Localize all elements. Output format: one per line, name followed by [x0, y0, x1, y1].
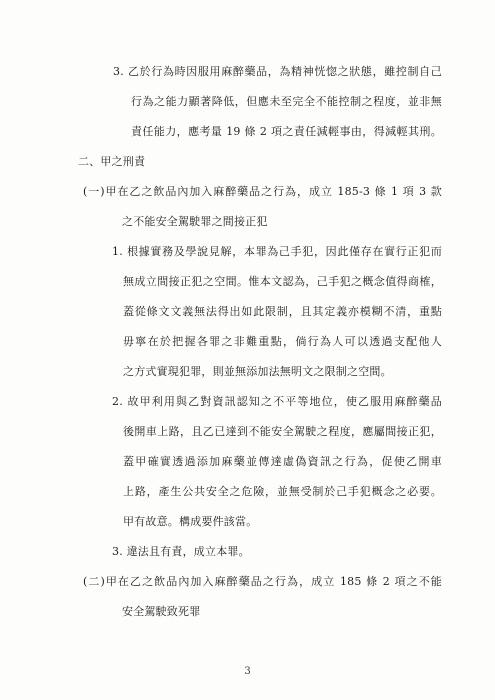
- text-line: 蓋從條文文義無法得出如此限制，且其定義亦模糊不清，重點: [123, 297, 442, 327]
- text-line: 1. 根據實務及學說見解，本罪為己手犯，因此僅存在實行正犯而: [112, 237, 442, 267]
- text-line: (二)甲在乙之飲品內加入麻醉藥品之行為，成立 185 條 2 項之不能: [83, 567, 442, 597]
- text-line: 3. 乙於行為時因服用麻醉藥品，為精神恍惚之狀態，雖控制自己: [113, 57, 442, 87]
- text-line: 責任能力，應考量 19 條 2 項之責任減輕事由，得減輕其刑。: [131, 117, 442, 147]
- text-line: 之方式實現犯罪，則並無添加法無明文之限制之空間。: [123, 357, 495, 387]
- text-line: 蓋甲確實透過添加麻藥並傳達虛偽資訊之行為，促使乙開車: [123, 447, 442, 477]
- text-line: 安全駕駛致死罪: [122, 597, 495, 627]
- text-line: 之不能安全駕駛罪之間接正犯: [122, 207, 495, 237]
- text-line: 毋寧在於把握各罪之非難重點，倘行為人可以透過支配他人: [123, 327, 442, 357]
- text-line: 二、甲之刑責: [78, 147, 495, 177]
- page-number: 3: [0, 665, 495, 679]
- text-line: 無成立間接正犯之空間。惟本文認為，己手犯之概念值得商榷，: [123, 267, 442, 297]
- text-line: (一)甲在乙之飲品內加入麻醉藥品之行為，成立 185-3 條 1 項 3 款: [83, 177, 442, 207]
- text-line: 行為之能力顯著降低，但應未至完全不能控制之程度，並非無: [131, 87, 442, 117]
- text-line: 3. 違法且有責，成立本罪。: [112, 537, 495, 567]
- text-line: 2. 故甲利用與乙對資訊認知之不平等地位，使乙服用麻醉藥品: [112, 387, 442, 417]
- text-line: 上路，產生公共安全之危險，並無受制於己手犯概念之必要。: [123, 477, 442, 507]
- text-line: 甲有故意。構成要件該當。: [123, 507, 495, 537]
- document-page: 3. 乙於行為時因服用麻醉藥品，為精神恍惚之狀態，雖控制自己行為之能力顯著降低，…: [0, 0, 495, 700]
- text-line: 後開車上路，且乙已達到不能安全駕駛之程度，應屬間接正犯，: [123, 417, 442, 447]
- legal-document-text: 3. 乙於行為時因服用麻醉藥品，為精神恍惚之狀態，雖控制自己行為之能力顯著降低，…: [0, 57, 495, 627]
